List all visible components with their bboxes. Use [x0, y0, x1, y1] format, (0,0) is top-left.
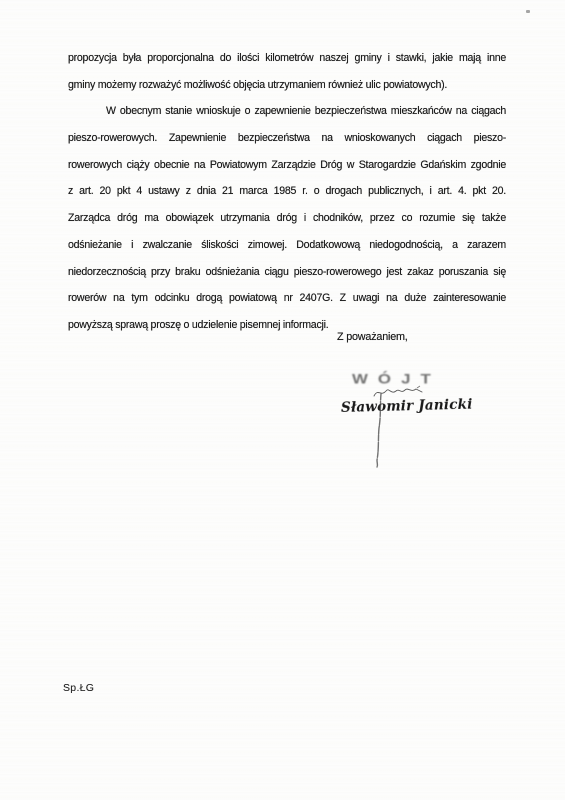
- body-line: powyższą sprawą proszę o udzielenie pise…: [68, 312, 506, 339]
- reference-initials: Sp.ŁG: [63, 682, 94, 694]
- scan-artifact-dot: [526, 10, 530, 13]
- body-line: niedorzecznością przy braku odśnieżania …: [68, 259, 506, 286]
- body-line: z art. 20 pkt 4 ustawy z dnia 21 marca 1…: [68, 178, 506, 205]
- pen-stroke-mark-icon: [369, 392, 391, 470]
- body-line: W obecnym stanie wnioskuje o zapewnienie…: [68, 98, 506, 125]
- body-line: gminy możemy rozważyć możliwość objęcia …: [68, 72, 506, 99]
- letter-body: propozycja była proporcjonalna do ilości…: [68, 45, 506, 339]
- scanned-letter-page: propozycja była proporcjonalna do ilości…: [0, 0, 565, 800]
- body-line: rowerowych ciąży obecnie na Powiatowym Z…: [68, 152, 506, 179]
- body-line: propozycja była proporcjonalna do ilości…: [68, 45, 506, 72]
- signer-name-stamp: Sławomir Janicki: [341, 397, 473, 416]
- body-line: rowerów na tym odcinku drogą powiatową n…: [68, 285, 506, 312]
- body-line: Zarządca dróg ma obowiązek utrzymania dr…: [68, 205, 506, 232]
- body-line: odśnieżanie i zwalczanie śliskości zimow…: [68, 232, 506, 259]
- closing-salutation: Z poważaniem,: [337, 331, 408, 343]
- body-line: pieszo-rowerowych. Zapewnienie bezpiecze…: [68, 125, 506, 152]
